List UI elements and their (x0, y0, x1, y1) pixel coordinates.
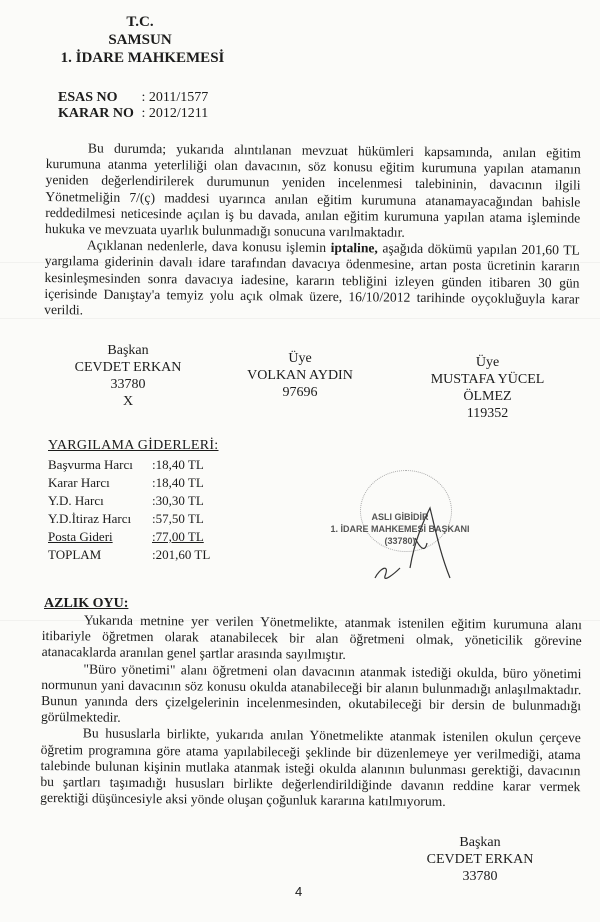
page-number: 4 (295, 884, 302, 899)
dissent-paragraph-2: "Büro yönetimi" alanı öğretmeni olan dav… (41, 661, 582, 731)
header-tc: T.C. (60, 14, 220, 31)
dissent-paragraph-1: Yukarıda metnine yer verilen Yönetmelikt… (42, 612, 582, 666)
signature-president: Başkan CEVDET ERKAN 33780 X (53, 342, 203, 410)
dissent-body: Yukarıda metnine yer verilen Yönetmelikt… (40, 612, 582, 812)
iptaline-emphasis: iptaline, (331, 240, 378, 255)
ruling-body: Bu durumda; yukarıda alıntılanan mevzuat… (44, 140, 581, 324)
cost-row: Y.D. Harcı:30,30 TL (48, 492, 210, 510)
costs-title: YARGILAMA GİDERLERİ: (48, 438, 219, 454)
karar-label: KARAR NO (58, 106, 138, 122)
ruling-paragraph-1: Bu durumda; yukarıda alıntılanan mevzuat… (45, 140, 581, 243)
esas-value: : 2011/1577 (142, 90, 209, 105)
costs-table: Başvurma Harcı:18,40 TL Karar Harcı:18,4… (48, 456, 210, 564)
handwritten-signature-icon (355, 498, 465, 588)
ruling-paragraph-2: Açıklanan nedenlerle, dava konusu işlemi… (44, 237, 580, 324)
cost-row: Y.D.İtiraz Harcı:57,50 TL (48, 510, 210, 528)
cost-total-row: TOPLAM:201,60 TL (48, 546, 210, 564)
dissent-title: AZLIK OYU: (44, 596, 128, 612)
dissent-signature: Başkan CEVDET ERKAN 33780 (405, 834, 555, 885)
signature-member-1: Üye VOLKAN AYDIN 97696 (225, 350, 375, 401)
document-page: T.C. SAMSUN 1. İDARE MAHKEMESİ ESAS NO :… (0, 0, 600, 922)
certified-copy-stamp: ASLI GİBİDİR 1. İDARE MAHKEMESİ BAŞKANI … (315, 468, 485, 583)
esas-no: ESAS NO : 2011/1577 (58, 90, 208, 106)
karar-value: : 2012/1211 (142, 106, 209, 121)
karar-no: KARAR NO : 2012/1211 (58, 106, 208, 122)
dissent-paragraph-3: Bu hususlarla birlikte, yukarıda anılan … (40, 725, 581, 811)
cost-row: Posta Gideri:77,00 TL (48, 528, 210, 546)
cost-row: Karar Harcı:18,40 TL (48, 474, 210, 492)
header-court: 1. İDARE MAHKEMESİ (55, 50, 230, 67)
signature-member-2: Üye MUSTAFA YÜCEL ÖLMEZ 119352 (405, 354, 570, 422)
cost-row: Başvurma Harcı:18,40 TL (48, 456, 210, 474)
header-city: SAMSUN (60, 32, 220, 49)
esas-label: ESAS NO (58, 90, 138, 106)
